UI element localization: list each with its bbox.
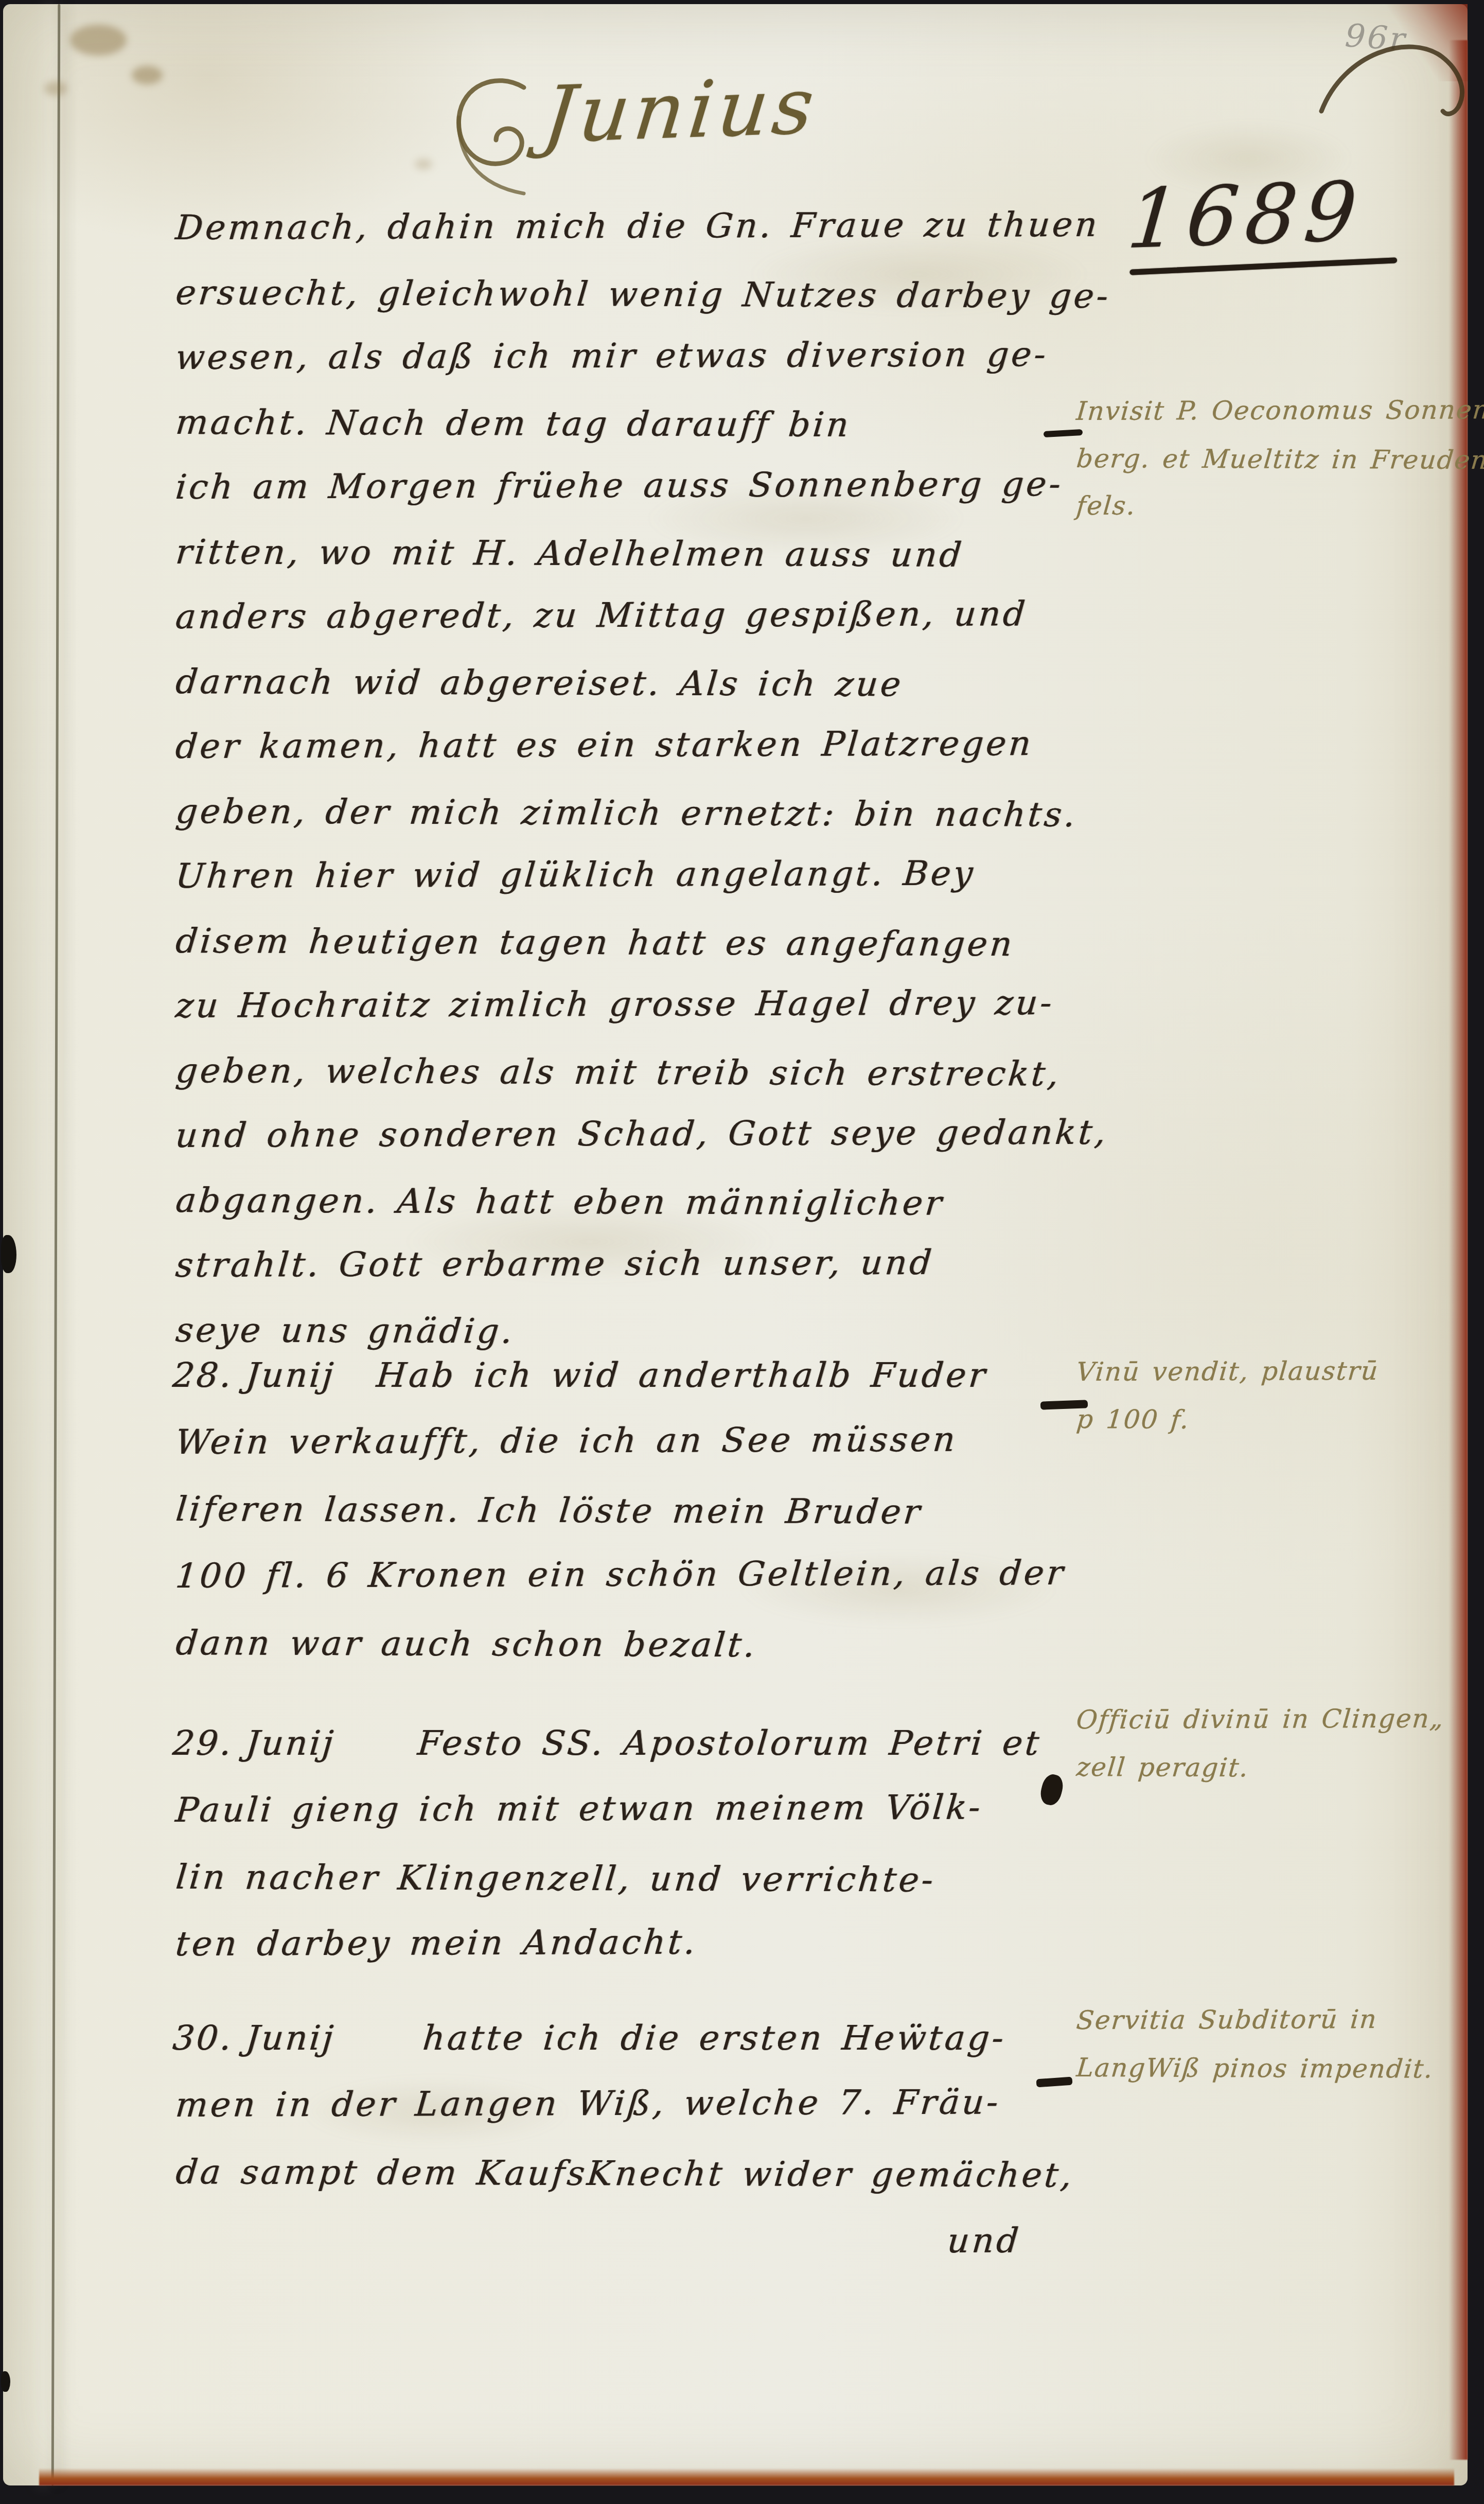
red-page-edge xyxy=(39,2468,1454,2485)
year-heading: 1689 xyxy=(1126,163,1398,274)
entry-head: 29. Junij Festo SS. Apostolorum Petri et xyxy=(173,1710,1094,1777)
entry-first-line: Hab ich wid anderthalb Fuder xyxy=(374,1342,990,1409)
margin-note: Servitia Subditorū inLangWiß pinos impen… xyxy=(1074,1997,1476,2091)
entry-first-line: hatte ich die ersten Heẅtag- xyxy=(420,2005,1009,2072)
page-header: Junius xyxy=(447,65,817,202)
manuscript-line: lin nacher Klingenzell, und verrichte- xyxy=(173,1844,1100,1914)
manuscript-line: da sampt dem KaufsKnecht wider gemächet, xyxy=(173,2139,1100,2209)
manuscript-line: ten darbey mein Andacht. xyxy=(173,1908,1100,1978)
gutter-seam xyxy=(51,4,61,2485)
stain xyxy=(415,158,432,170)
manuscript-line: Demnach, dahin mich die Gn. Fraue zu thu… xyxy=(173,192,1100,260)
ink-dash xyxy=(1040,1400,1088,1409)
stain xyxy=(44,81,67,96)
margin-note-line: zell peragit. xyxy=(1074,1743,1480,1792)
margin-note-line: berg. et Mueltitz in Freuden„ xyxy=(1074,435,1480,484)
manuscript-line: ich am Morgen früehe auss Sonnenberg ge- xyxy=(173,452,1100,520)
ink-blot xyxy=(1,2371,10,2392)
manuscript-line: macht. Nach dem tag darauff bin xyxy=(173,390,1100,459)
margin-note-line: p 100 f. xyxy=(1074,1396,1480,1444)
entry-date: 30. Junij xyxy=(170,2005,338,2072)
diary-entry: 29. Junij Festo SS. Apostolorum Petri et… xyxy=(173,1710,1094,1978)
manuscript-line: geben, der mich zimlich ernetzt: bin nac… xyxy=(173,779,1100,848)
diary-entry: 30. Junij hatte ich die ersten Heẅtag- m… xyxy=(173,2005,1094,2274)
margin-note: Officiū divinū in Clingen„zell peragit. xyxy=(1074,1696,1476,1791)
entry-date: 28. Junij xyxy=(170,1342,338,1409)
corner-flourish-icon xyxy=(1314,30,1469,128)
entry-lines: Pauli gieng ich mit etwan meinem Völk-li… xyxy=(173,1777,1094,1978)
margin-note-line: LangWiß pinos impendit. xyxy=(1074,2044,1480,2093)
manuscript-line: und ohne sonderen Schad, Gott seye gedan… xyxy=(173,1100,1100,1168)
manuscript-line: Wein verkaufft, die ich an See müssen xyxy=(173,1406,1100,1476)
manuscript-line: liferen lassen. Ich löste mein Bruder xyxy=(173,1476,1100,1546)
margin-note-line: Servitia Subditorū in xyxy=(1074,1995,1480,2044)
year-value: 1689 xyxy=(1124,163,1400,268)
manuscript-line: strahlt. Gott erbarme sich unser, und xyxy=(173,1230,1100,1298)
manuscript-line: abgangen. Als hatt eben männiglicher xyxy=(173,1168,1100,1237)
catchword: und xyxy=(945,2207,1100,2274)
flourish-icon xyxy=(447,68,544,202)
manuscript-line: zu Hochraitz zimlich grosse Hagel drey z… xyxy=(173,971,1100,1038)
diary-entry: 28. Junij Hab ich wid anderthalb Fuder W… xyxy=(173,1342,1094,1677)
margin-note-line: Vinū vendit, plaustrū xyxy=(1074,1347,1480,1396)
opening-paragraph: Demnach, dahin mich die Gn. Fraue zu thu… xyxy=(173,196,1094,1363)
ink-blot xyxy=(1,1235,16,1273)
manuscript-line: anders abgeredt, zu Mittag gespißen, und xyxy=(173,581,1100,649)
manuscript-line: men in der Langen Wiß, welche 7. Fräu- xyxy=(173,2069,1100,2139)
manuscript-line: dann war auch schon bezalt. xyxy=(173,1610,1100,1680)
manuscript-line: Uhren hier wid glüklich angelangt. Bey xyxy=(173,841,1100,909)
entry-date: 29. Junij xyxy=(170,1710,338,1777)
margin-note-line: Invisit P. Oeconomus Sonnen- xyxy=(1074,386,1480,435)
margin-note-line: fels. xyxy=(1074,481,1480,530)
entry-head: 28. Junij Hab ich wid anderthalb Fuder xyxy=(173,1342,1094,1409)
entry-head: 30. Junij hatte ich die ersten Heẅtag- xyxy=(173,2005,1094,2072)
manuscript-line: ritten, wo mit H. Adelhelmen auss und xyxy=(173,520,1100,588)
manuscript-line: wesen, als daß ich mir etwas diversion g… xyxy=(173,322,1100,390)
manuscript-line: darnach wid abgereiset. Als ich zue xyxy=(173,649,1100,718)
manuscript-scan: 96r Junius 1689 Demnach, dahin mich die … xyxy=(0,0,1484,2504)
entry-lines: men in der Langen Wiß, welche 7. Fräu-da… xyxy=(173,2072,1094,2206)
manuscript-line: geben, welches als mit treib sich erstre… xyxy=(173,1038,1100,1107)
manuscript-line: 100 fl. 6 Kronen ein schön Geltlein, als… xyxy=(173,1540,1100,1610)
margin-note: Vinū vendit, plaustrūp 100 f. xyxy=(1074,1348,1476,1443)
margin-note: Invisit P. Oeconomus Sonnen-berg. et Mue… xyxy=(1074,387,1476,530)
manuscript-line: ersuecht, gleichwohl wenig Nutzes darbey… xyxy=(173,260,1100,329)
manuscript-line: disem heutigen tagen hatt es angefangen xyxy=(173,909,1100,977)
stain xyxy=(70,25,127,56)
margin-note-line: Officiū divinū in Clingen„ xyxy=(1074,1695,1480,1743)
manuscript-line: der kamen, hatt es ein starken Platzrege… xyxy=(173,711,1100,779)
book-page: 96r Junius 1689 Demnach, dahin mich die … xyxy=(3,4,1468,2485)
entry-first-line: Festo SS. Apostolorum Petri et xyxy=(415,1710,1044,1777)
entry-lines: Wein verkaufft, die ich an See müssenlif… xyxy=(173,1409,1094,1677)
stain xyxy=(132,66,163,84)
month-title: Junius xyxy=(539,60,822,161)
manuscript-line: Pauli gieng ich mit etwan meinem Völk- xyxy=(173,1774,1100,1844)
